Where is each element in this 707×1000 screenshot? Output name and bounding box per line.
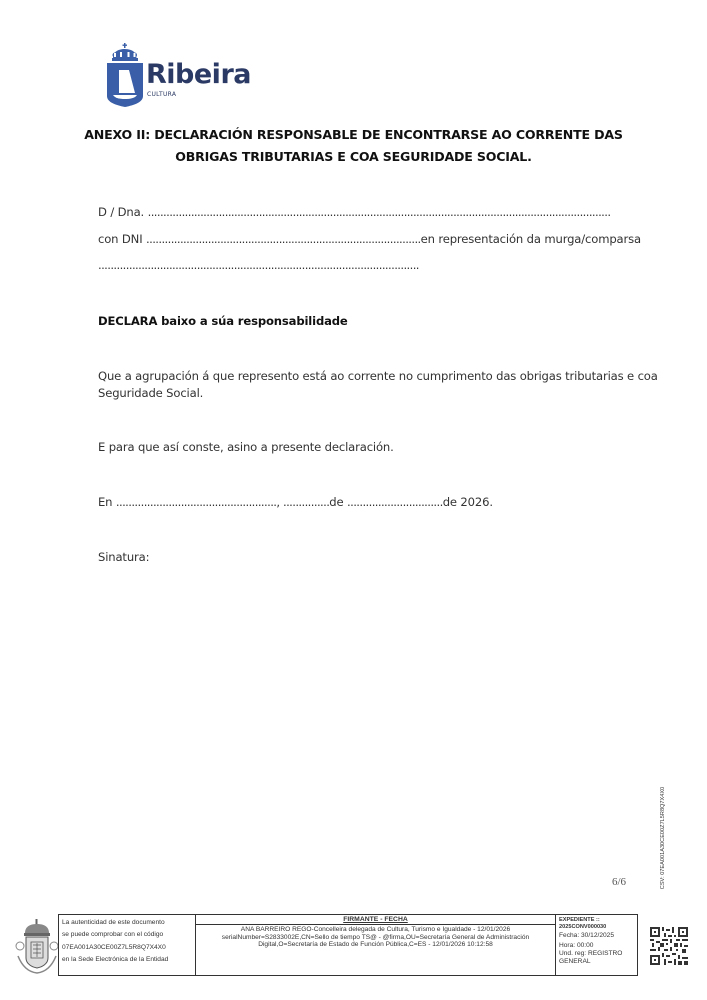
day-fill-field[interactable]: ............... [283, 495, 329, 509]
case-file-registry: Und. reg: REGISTRO GENERAL [559, 950, 634, 965]
representation-text: en representación da murga/comparsa [421, 232, 641, 246]
signature-label: Sinatura: [98, 547, 149, 567]
place-prefix: En [98, 495, 112, 509]
dna-line: D / Dna. ...............................… [98, 202, 610, 222]
title-line-1: ANEXO II: DECLARACIÓN RESPONSABLE DE ENC… [60, 124, 647, 146]
case-file-box: EXPEDIENTE :: 2025CONV000030 Fecha: 30/1… [556, 914, 638, 976]
title-line-2: OBRIGAS TRIBUTARIAS E COA SEGURIDADE SOC… [60, 146, 647, 168]
logo-wordmark: Ribeira [146, 60, 251, 90]
murga-fill-field[interactable]: ........................................… [98, 258, 419, 272]
municipal-coat-of-arms-icon [14, 918, 60, 976]
page-number: 6/6 [612, 876, 626, 888]
document-title: ANEXO II: DECLARACIÓN RESPONSABLE DE ENC… [60, 124, 647, 168]
case-file-label: EXPEDIENTE :: [559, 917, 634, 924]
dni-line: con DNI ................................… [98, 229, 641, 249]
signatory-line-1: ANA BARREIRO REGO-Concelleira delegada d… [196, 926, 555, 934]
signatory-header: FIRMANTE - FECHA [196, 915, 555, 925]
signatory-line-2: serialNumber=S2833002E,CN=Sello de tiemp… [196, 934, 555, 942]
signatory-box: FIRMANTE - FECHA ANA BARREIRO REGO-Conce… [196, 914, 556, 976]
ribeira-logo-shield-icon [105, 42, 145, 108]
date-year-suffix: de 2026. [443, 495, 493, 509]
auth-line-2: se puede comprobar con el código [62, 929, 192, 941]
murga-line: ........................................… [98, 255, 419, 275]
dna-label: D / Dna. [98, 205, 144, 219]
date-line: En .....................................… [98, 492, 493, 512]
closing-text: E para que así conste, asino a presente … [98, 437, 394, 457]
case-file-date: Fecha: 30/12/2025 [559, 931, 634, 941]
signatory-line-3: Digital,O=Secretaría de Estado de Funció… [196, 941, 555, 949]
auth-line-1: La autenticidad de este documento [62, 917, 192, 929]
date-de-label: de [329, 495, 343, 509]
place-fill-field[interactable]: ........................................… [116, 495, 280, 509]
statement-line-2: Seguridade Social. [98, 383, 203, 403]
csv-vertical-text: CSV: 07EA001A30CE00Z7L5R8Q7X4X0 [660, 787, 666, 889]
dna-fill-field[interactable]: ........................................… [148, 205, 611, 219]
case-file-number: 2025CONV000030 [559, 924, 634, 931]
auth-code: 07EA001A30CE00Z7L5R8Q7X4X0 [62, 942, 192, 954]
authenticity-box: La autenticidad de este documento se pue… [58, 914, 196, 976]
csv-vertical-stamp: CSV: 07EA001A30CE00Z7L5R8Q7X4X0 [657, 776, 669, 900]
qr-code-icon[interactable] [650, 927, 688, 965]
month-fill-field[interactable]: ............................... [347, 495, 443, 509]
logo-subtitle: CULTURA [147, 91, 176, 98]
declara-heading: DECLARA baixo a súa responsabilidade [98, 311, 348, 331]
dni-fill-field[interactable]: ........................................… [146, 232, 421, 246]
case-file-time: Hora: 00:00 [559, 941, 634, 951]
auth-line-4: en la Sede Electrónica de la Entidad [62, 954, 192, 966]
dni-label: con DNI [98, 232, 142, 246]
